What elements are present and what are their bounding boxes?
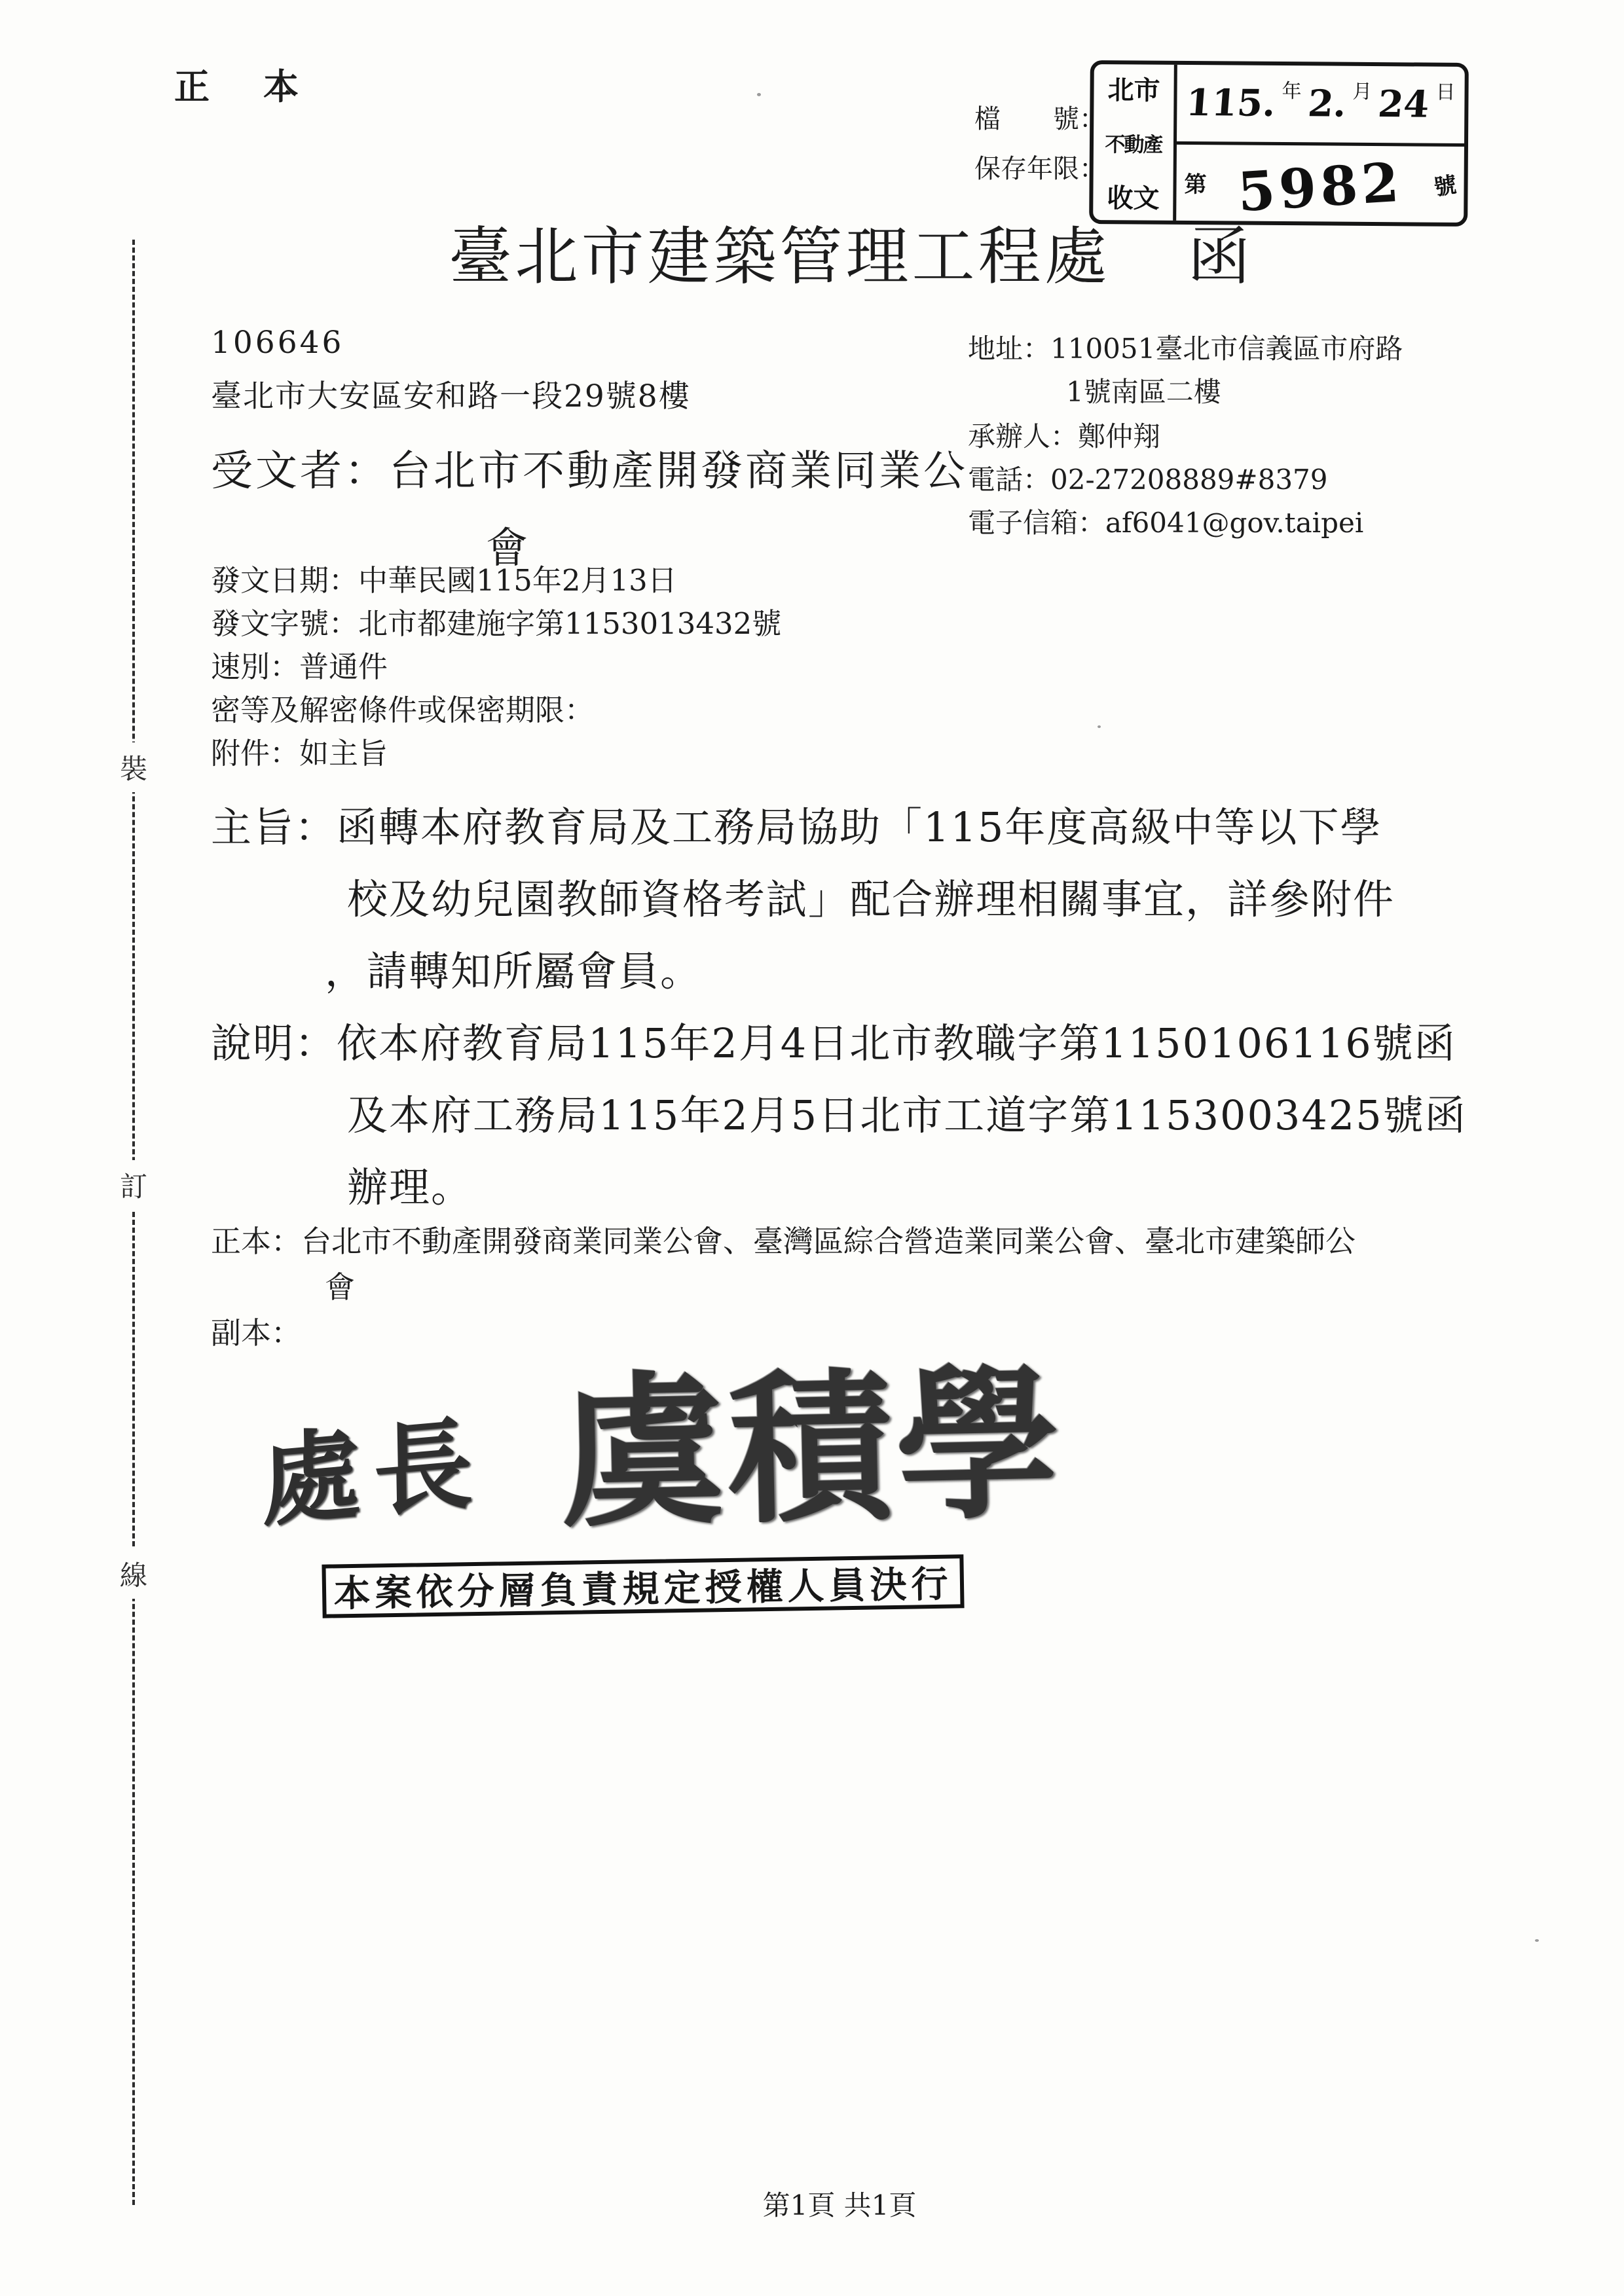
description-line1: 說明：依本府教育局115年2月4日北市教職字第1150106116號函 — [211, 1011, 1456, 1069]
file-number-label: 檔 號： — [974, 98, 1105, 136]
attachment-line: 附件：如主旨 — [211, 729, 388, 772]
agency-email: 電子信箱：af6041@gov.taipei — [968, 501, 1363, 541]
stamp-month-value: 2. — [1306, 82, 1348, 126]
agency-contact-person: 承辦人：鄭仲翔 — [968, 415, 1160, 454]
retention-period-label: 保存年限： — [974, 148, 1105, 185]
stamp-year-label: 年 — [1282, 75, 1301, 103]
original-recipients-line2: 會 — [325, 1264, 355, 1307]
receipt-stamp: 北市 不動產 收文 115. 年 2. 月 24 日 第 5982 號 — [1089, 60, 1469, 227]
stamp-org-line2: 不動產 — [1095, 128, 1172, 158]
scanned-official-letter: 正 本 檔 號： 保存年限： 北市 不動產 收文 115. 年 2. 月 24 … — [0, 0, 1624, 2296]
stamp-number-prefix: 第 — [1184, 166, 1206, 198]
binding-dashed-line — [132, 240, 135, 2205]
security-line: 密等及解密條件或保密期限： — [211, 686, 594, 729]
stamp-org-line1: 北市 — [1095, 69, 1172, 107]
receipt-stamp-org: 北市 不動產 收文 — [1093, 64, 1177, 221]
stamp-number-suffix: 號 — [1431, 167, 1458, 202]
copy-recipients-label: 副本： — [211, 1309, 301, 1353]
doc-number-line: 發文字號：北市都建施字第1153013432號 — [211, 600, 781, 642]
stamp-year-value: 115. — [1185, 81, 1277, 125]
speed-line: 速別：普通件 — [211, 643, 388, 685]
agency-address-line2: 1號南區二樓 — [1066, 371, 1221, 410]
copy-type-label: 正 本 — [174, 59, 308, 109]
stamp-day-value: 24 — [1376, 82, 1431, 126]
recipient-address: 臺北市大安區安和路一段29號8樓 — [211, 372, 691, 416]
stamp-month-label: 月 — [1352, 75, 1372, 104]
receipt-stamp-date: 115. 年 2. 月 24 日 — [1177, 65, 1465, 147]
authorization-stamp: 本案依分層負責規定授權人員決行 — [322, 1554, 964, 1618]
issuing-agency-name: 臺北市建築管理工程處 — [449, 207, 1111, 297]
signer-title-calligraphy: 處長 — [260, 1383, 487, 1546]
agency-address-line1: 地址：110051臺北市信義區市府路 — [968, 327, 1403, 367]
document-type: 函 — [1188, 207, 1254, 297]
document-title: 臺北市建築管理工程處 函 — [393, 207, 1310, 297]
subject-line2: 校及幼兒園教師資格考試」配合辦理相關事宜，詳參附件 — [347, 867, 1395, 925]
scan-speck — [757, 93, 761, 96]
binding-mark-zhuang: 裝 — [118, 742, 149, 792]
scan-speck — [1535, 1939, 1539, 1942]
subject-line3: ，請轉知所屬會員。 — [325, 939, 702, 997]
subject-line1: 主旨：函轉本府教育局及工務局協助「115年度高級中等以下學 — [211, 795, 1382, 853]
stamp-day-label: 日 — [1435, 76, 1455, 105]
binding-mark-ding: 訂 — [118, 1160, 149, 1210]
binding-mark-xian: 線 — [118, 1549, 149, 1599]
description-line3: 辦理。 — [347, 1155, 473, 1213]
recipient-zip: 106646 — [211, 325, 344, 361]
signer-name-calligraphy: 虞積學 — [558, 1312, 1065, 1558]
original-recipients-line1: 正本：台北市不動產開發商業同業公會、臺灣區綜合營造業同業公會、臺北市建築師公 — [211, 1218, 1356, 1261]
scan-speck — [1098, 725, 1101, 728]
recipient-line1: 受文者：台北市不動產開發商業同業公 — [211, 437, 968, 498]
description-line2: 及本府工務局115年2月5日北市工道字第1153003425號函 — [347, 1083, 1467, 1141]
issue-date-line: 發文日期：中華民國115年2月13日 — [211, 556, 677, 599]
agency-phone: 電話：02-27208889#8379 — [968, 458, 1328, 498]
page-number-footer: 第1頁 共1頁 — [709, 2184, 970, 2223]
